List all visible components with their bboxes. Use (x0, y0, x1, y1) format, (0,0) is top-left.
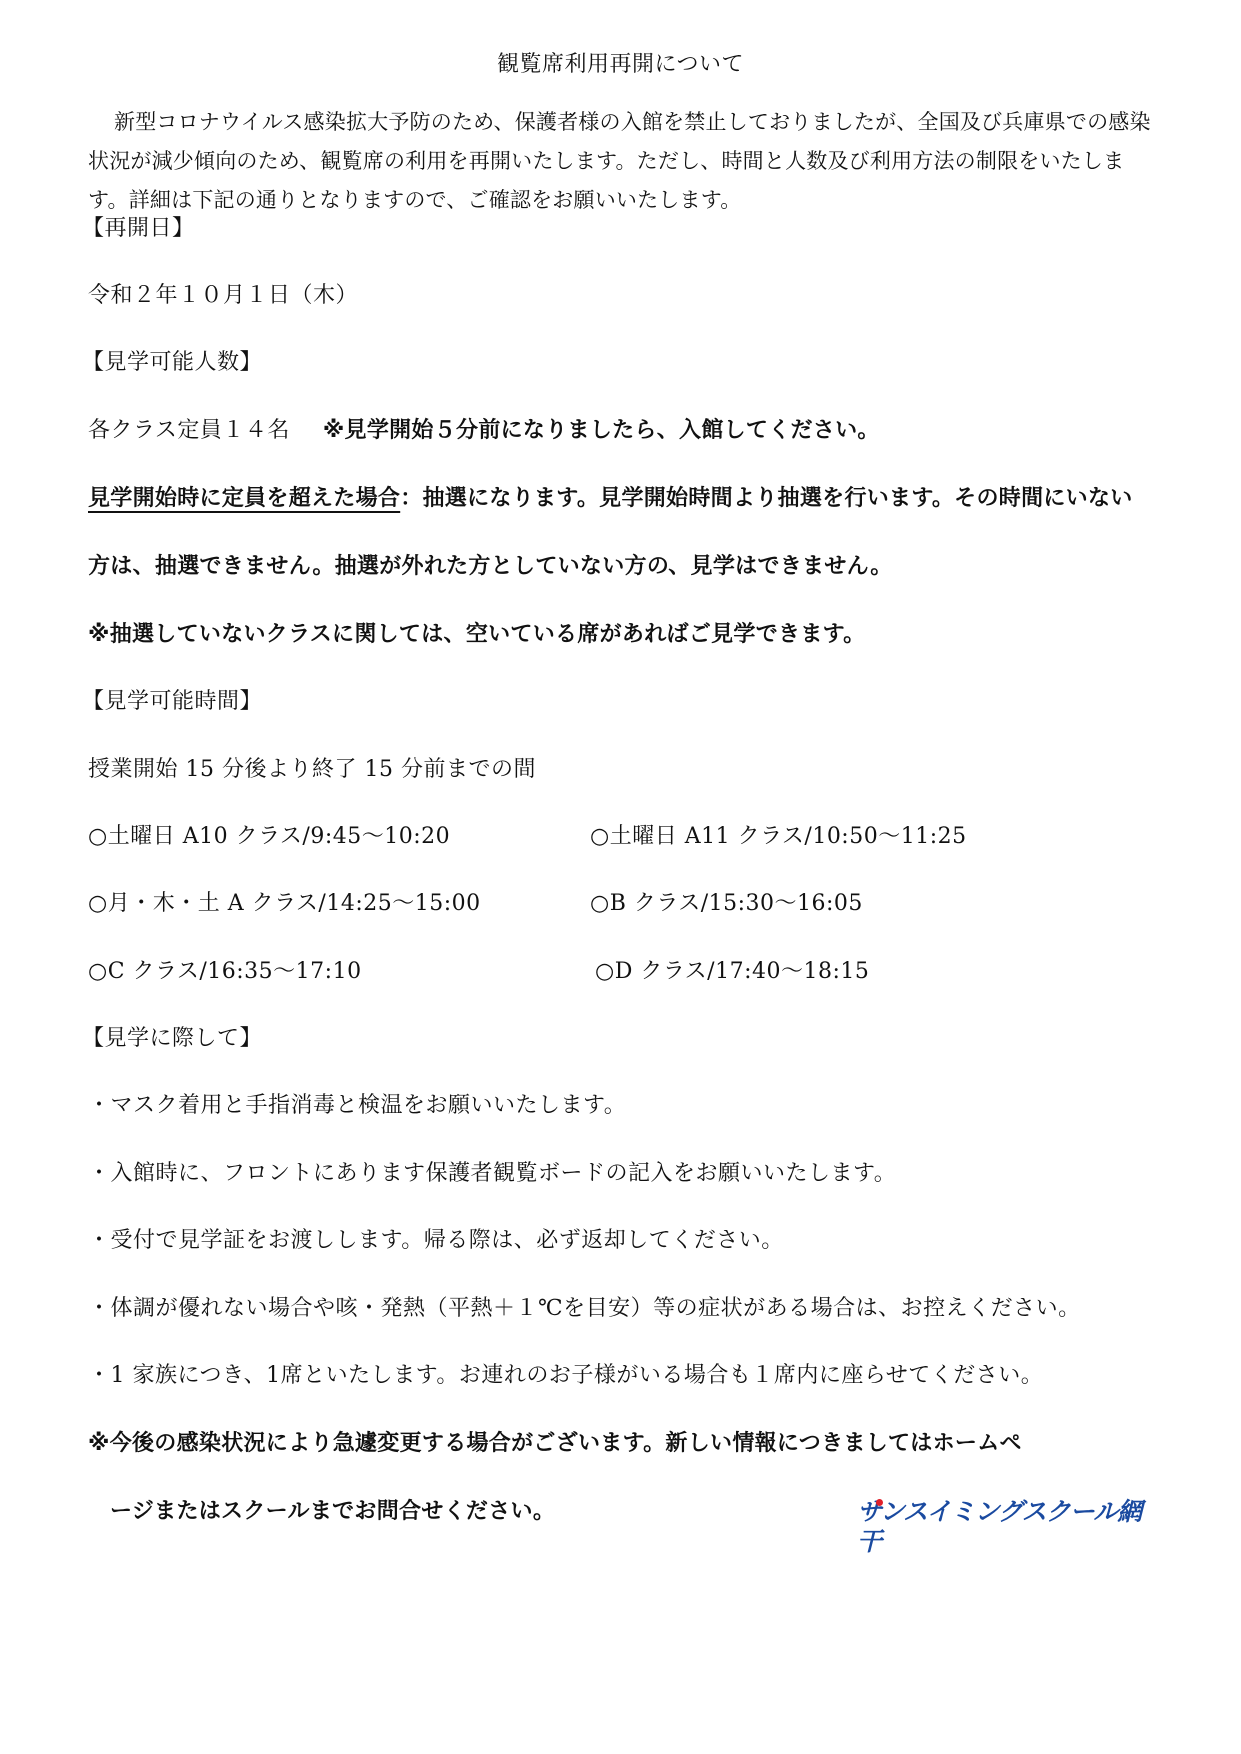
over-capacity-text: ：抽選になります。見学開始時間より抽選を行います。その時間にいない (400, 486, 1132, 511)
rule-item: ・受付で見学証をお渡しします。帰る際は、必ず返却してください。 (88, 1226, 784, 1256)
no-lottery-note: ※抽選していないクラスに関しては、空いている席があればご見学できます。 (88, 620, 865, 650)
hours-rule: 授業開始 15 分後より終了 15 分前までの間 (88, 755, 536, 785)
over-capacity-line: 見学開始時に定員を超えた場合：抽選になります。見学開始時間より抽選を行います。そ… (88, 484, 1133, 514)
capacity-heading: 【見学可能人数】 (82, 348, 262, 378)
logo-red-dot-icon (876, 1499, 883, 1506)
class-schedule-item: ○土曜日 A11 クラス/10:50～11:25 (590, 822, 967, 852)
capacity-limit-text: 各クラス定員１４名 (88, 418, 290, 443)
reopen-heading: 【再開日】 (82, 214, 195, 244)
capacity-limit-note: ※見学開始５分前になりましたら、入館してください。 (323, 418, 880, 443)
over-capacity-text-2: 方は、抽選できません。抽選が外れた方としていない方の、見学はできません。 (88, 552, 893, 582)
rule-item: ・体調が優れない場合や咳・発熱（平熱＋１℃を目安）等の症状がある場合は、お控えく… (88, 1294, 1081, 1324)
hours-heading: 【見学可能時間】 (82, 687, 262, 717)
rule-item: ・入館時に、フロントにあります保護者観覧ボードの記入をお願いいたします。 (88, 1159, 896, 1189)
class-schedule-item: ○B クラス/15:30～16:05 (590, 889, 863, 919)
school-logo: サンスイミングスクール網干 (857, 1497, 1147, 1527)
footer-notice-2: ージまたはスクールまでお問合せください。 (110, 1497, 555, 1527)
reopen-date: 令和２年１０月１日（木） (88, 281, 358, 311)
rules-heading: 【見学に際して】 (82, 1024, 262, 1054)
class-schedule-item: ○月・木・土 A クラス/14:25～15:00 (88, 889, 481, 919)
document-title: 観覧席利用再開について (0, 50, 1241, 80)
footer-notice: ※今後の感染状況により急遽変更する場合がございます。新しい情報につきましてはホー… (88, 1429, 1022, 1459)
class-schedule-item: ○C クラス/16:35～17:10 (88, 957, 362, 987)
rule-item: ・1 家族につき、1席といたします。お連れのお子様がいる場合も１席内に座らせてく… (88, 1361, 1043, 1391)
over-capacity-label: 見学開始時に定員を超えた場合 (88, 486, 400, 511)
intro-paragraph: 新型コロナウイルス感染拡大予防のため、保護者様の入館を禁止しておりましたが、全国… (88, 103, 1158, 220)
capacity-limit: 各クラス定員１４名 ※見学開始５分前になりましたら、入館してください。 (88, 416, 880, 446)
class-schedule-item: ○D クラス/17:40～18:15 (595, 957, 869, 987)
rule-item: ・マスク着用と手指消毒と検温をお願いいたします。 (88, 1091, 626, 1121)
logo-text: サンスイミングスクール網干 (857, 1497, 1141, 1556)
class-schedule-item: ○土曜日 A10 クラス/9:45～10:20 (88, 822, 450, 852)
